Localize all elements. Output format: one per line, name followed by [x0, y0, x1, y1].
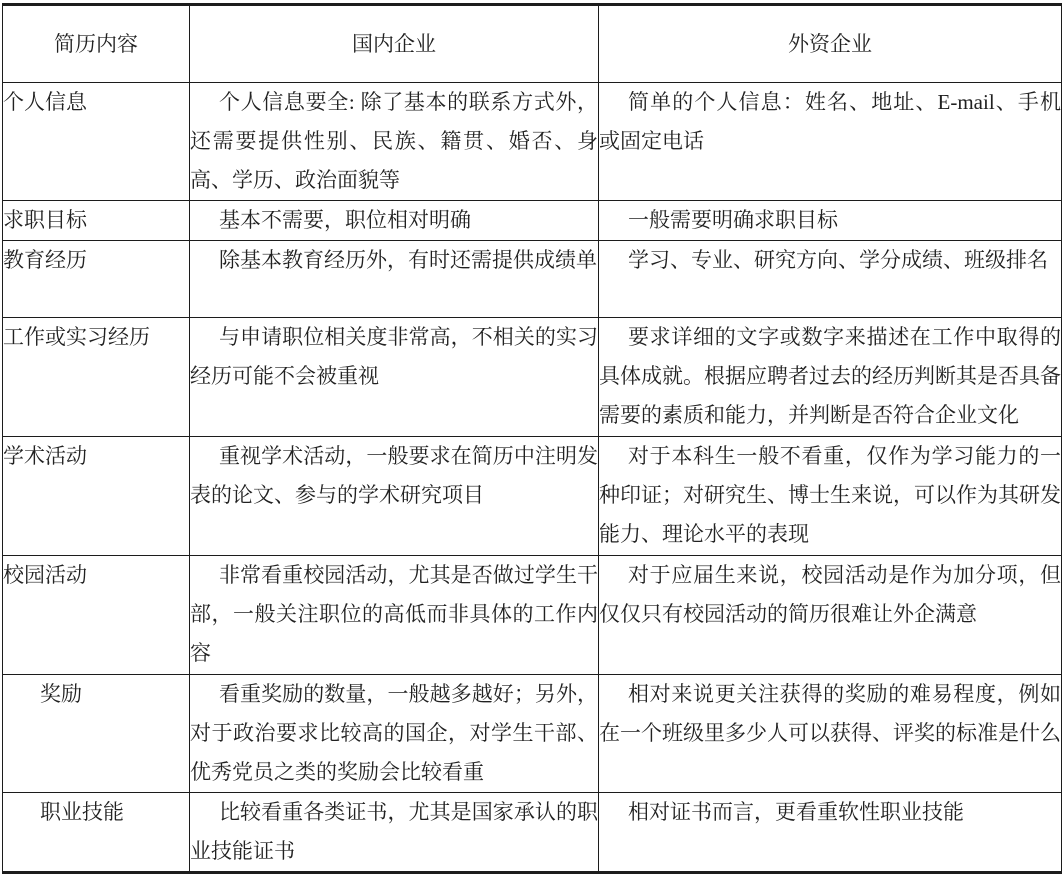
table-row-academic-activity: 学术活动 重视学术活动，一般要求在简历中注明发表的论文、参与的学术研究项目 对于…: [3, 437, 1062, 556]
table-row-education: 教育经历 除基本教育经历外，有时还需提供成绩单 学习、专业、研究方向、学分成绩、…: [3, 241, 1062, 318]
document-page: 简历内容 国内企业 外资企业 个人信息 个人信息要全: 除了基本的联系方式外，还…: [0, 0, 1064, 872]
foreign-cell: 相对来说更关注获得的奖励的难易程度，例如在一个班级里多少人可以获得、评奖的标准是…: [599, 675, 1062, 793]
table-row-campus-activity: 校园活动 非常看重校园活动，尤其是否做过学生干部，一般关注职位的高低而非具体的工…: [3, 556, 1062, 675]
header-foreign-company: 外资企业: [599, 5, 1062, 83]
domestic-cell: 除基本教育经历外，有时还需提供成绩单: [190, 241, 599, 318]
resume-comparison-table: 简历内容 国内企业 外资企业 个人信息 个人信息要全: 除了基本的联系方式外，还…: [2, 3, 1062, 874]
header-row: 简历内容 国内企业 外资企业: [3, 5, 1062, 83]
category-cell: 奖励: [3, 675, 190, 793]
foreign-cell: 学习、专业、研究方向、学分成绩、班级排名: [599, 241, 1062, 318]
foreign-cell: 相对证书而言，更看重软性职业技能: [599, 793, 1062, 873]
foreign-cell: 对于应届生来说，校园活动是作为加分项，但仅仅只有校园活动的简历很难让外企满意: [599, 556, 1062, 675]
category-cell: 学术活动: [3, 437, 190, 556]
domestic-cell: 非常看重校园活动，尤其是否做过学生干部，一般关注职位的高低而非具体的工作内容: [190, 556, 599, 675]
header-resume-content: 简历内容: [3, 5, 190, 83]
foreign-cell: 对于本科生一般不看重，仅作为学习能力的一种印证；对研究生、博士生来说，可以作为其…: [599, 437, 1062, 556]
table-row-job-objective: 求职目标 基本不需要，职位相对明确 一般需要明确求职目标: [3, 201, 1062, 241]
foreign-cell: 要求详细的文字或数字来描述在工作中取得的具体成就。根据应聘者过去的经历判断其是否…: [599, 318, 1062, 437]
domestic-cell: 个人信息要全: 除了基本的联系方式外，还需要提供性别、民族、籍贯、婚否、身高、学…: [190, 83, 599, 201]
table-row-work-internship: 工作或实习经历 与申请职位相关度非常高，不相关的实习经历可能不会被重视 要求详细…: [3, 318, 1062, 437]
foreign-cell: 简单的个人信息：姓名、地址、E-mail、手机或固定电话: [599, 83, 1062, 201]
table-row-awards: 奖励 看重奖励的数量，一般越多越好；另外，对于政治要求比较高的国企，对学生干部、…: [3, 675, 1062, 793]
table-row-personal-info: 个人信息 个人信息要全: 除了基本的联系方式外，还需要提供性别、民族、籍贯、婚否…: [3, 83, 1062, 201]
domestic-cell: 重视学术活动，一般要求在简历中注明发表的论文、参与的学术研究项目: [190, 437, 599, 556]
header-domestic-company: 国内企业: [190, 5, 599, 83]
domestic-cell: 看重奖励的数量，一般越多越好；另外，对于政治要求比较高的国企，对学生干部、优秀党…: [190, 675, 599, 793]
category-cell: 个人信息: [3, 83, 190, 201]
table-row-professional-skills: 职业技能 比较看重各类证书，尤其是国家承认的职业技能证书 相对证书而言，更看重软…: [3, 793, 1062, 873]
category-cell: 求职目标: [3, 201, 190, 241]
domestic-cell: 基本不需要，职位相对明确: [190, 201, 599, 241]
foreign-cell: 一般需要明确求职目标: [599, 201, 1062, 241]
category-cell: 校园活动: [3, 556, 190, 675]
category-cell: 教育经历: [3, 241, 190, 318]
domestic-cell: 比较看重各类证书，尤其是国家承认的职业技能证书: [190, 793, 599, 873]
category-cell: 工作或实习经历: [3, 318, 190, 437]
domestic-cell: 与申请职位相关度非常高，不相关的实习经历可能不会被重视: [190, 318, 599, 437]
category-cell: 职业技能: [3, 793, 190, 873]
